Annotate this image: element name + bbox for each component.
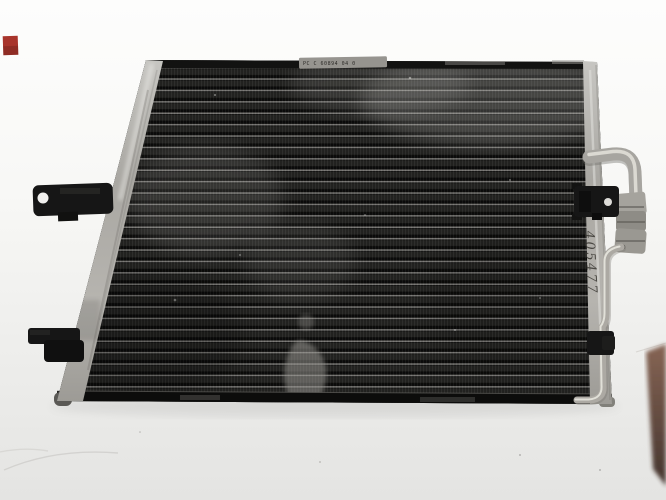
photo-scene: PC C 60894 04 0 405477 <box>0 0 666 500</box>
brown-shadow-patch <box>646 344 666 486</box>
bracket-hole <box>38 193 49 204</box>
condenser-photo: PC C 60894 04 0 405477 <box>0 0 666 500</box>
top-rail: PC C 60894 04 0 <box>146 56 597 69</box>
mounting-bracket-upper-left <box>33 183 114 222</box>
floor-specks <box>139 431 601 471</box>
condenser-core <box>40 45 630 415</box>
pipe-bracket-upper <box>572 183 619 220</box>
floor-scratches <box>0 449 118 470</box>
red-tag <box>3 36 19 56</box>
mounting-bracket-lower-left <box>28 328 84 362</box>
pipe-clip-lower <box>587 331 615 355</box>
sticker-text: PC C 60894 04 0 <box>303 61 356 67</box>
bracket-pin-hole <box>604 198 612 206</box>
